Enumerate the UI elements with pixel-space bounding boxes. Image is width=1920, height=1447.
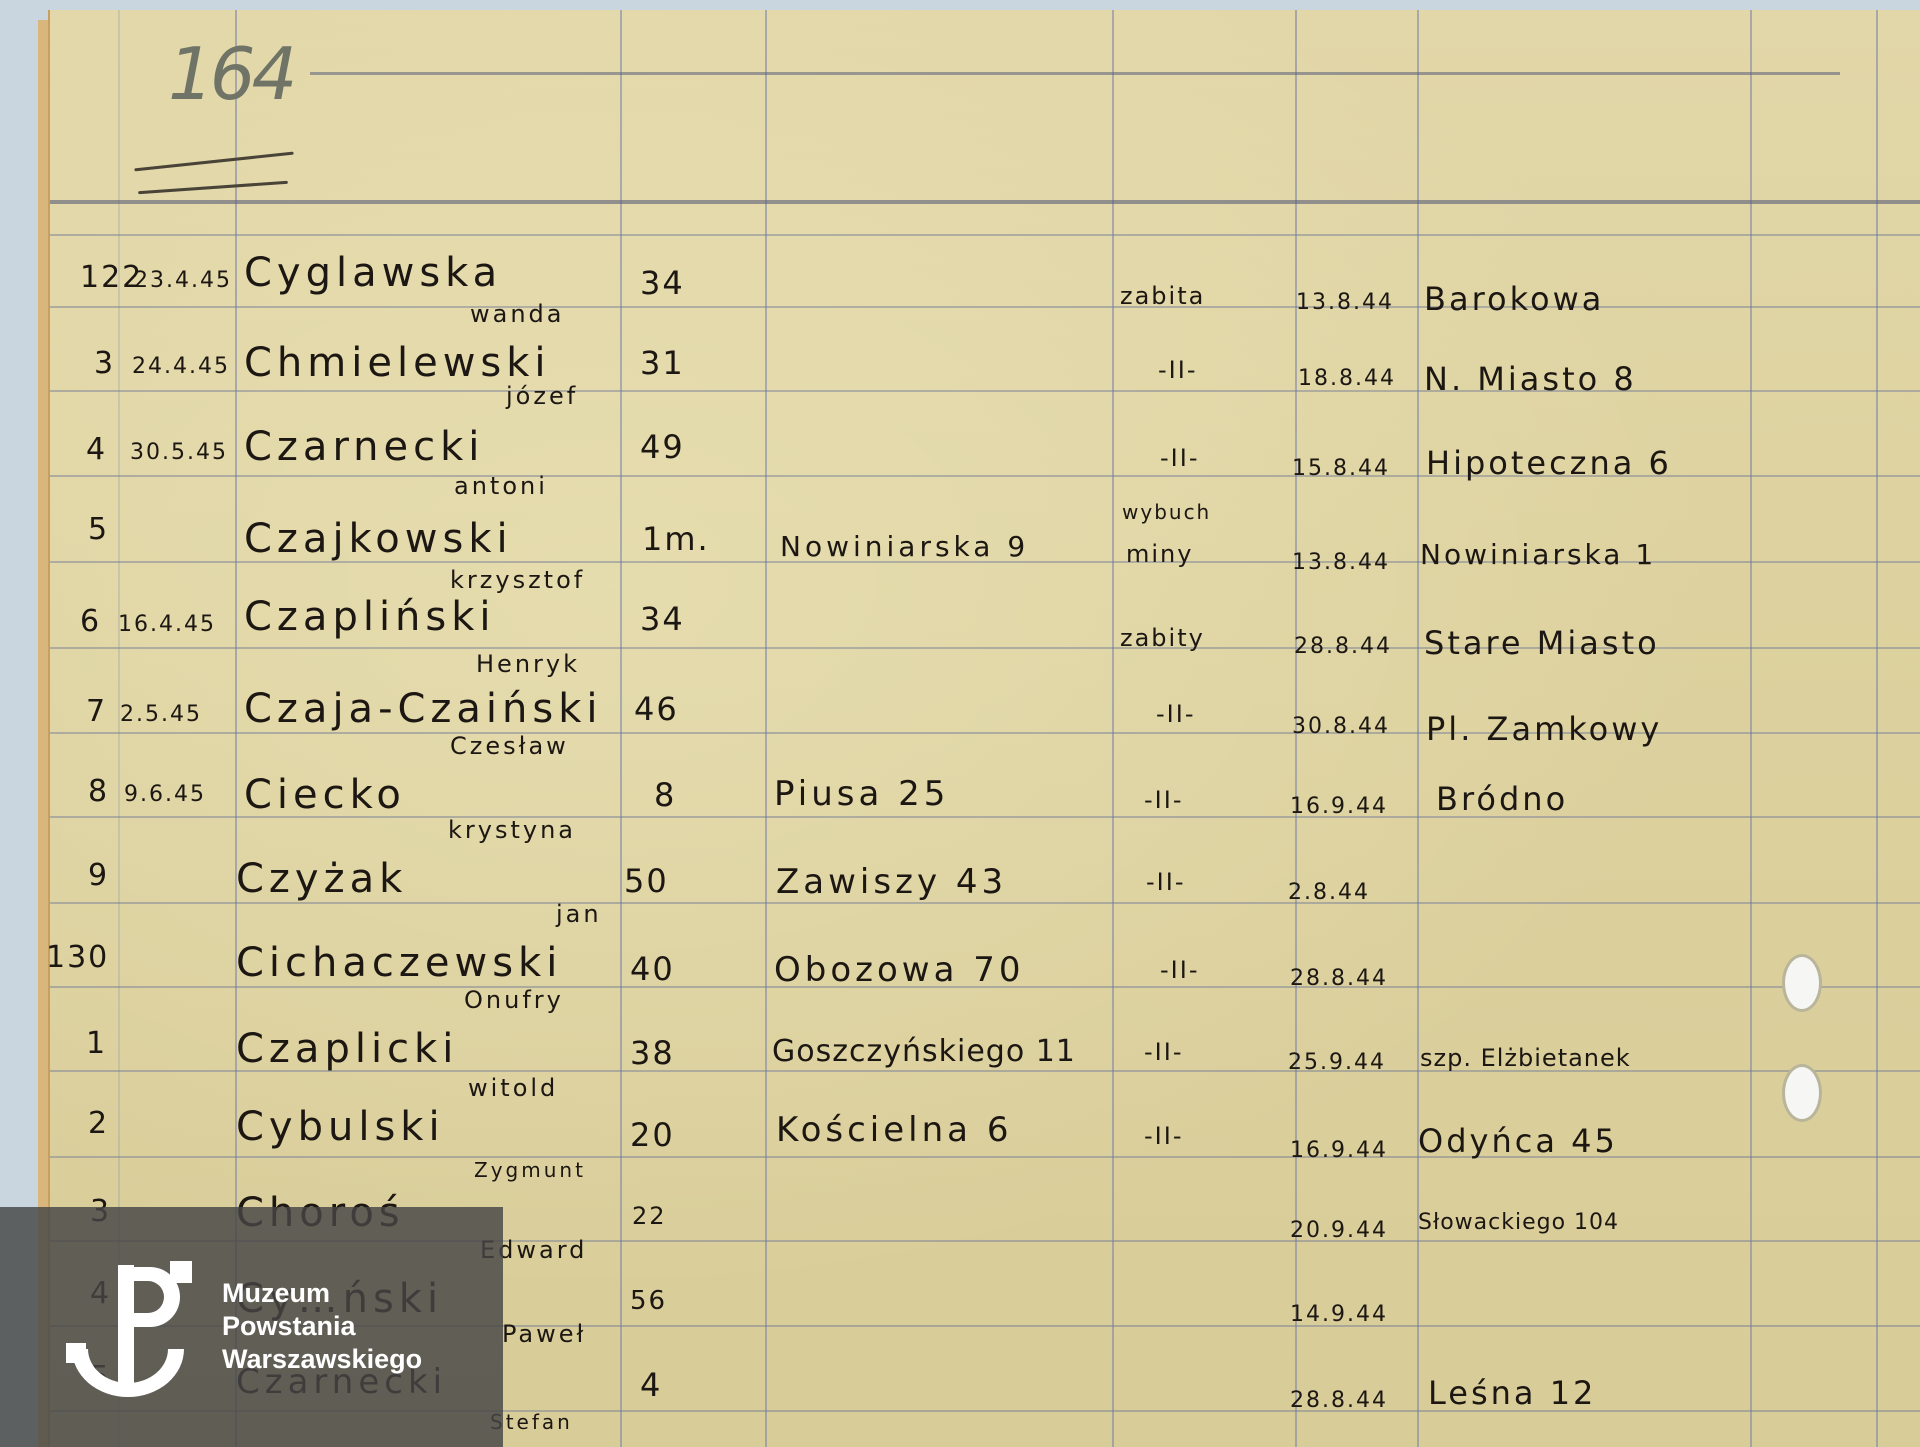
death-place: Barokowa bbox=[1424, 280, 1604, 318]
death-date: 2.8.44 bbox=[1288, 880, 1370, 905]
cause-of-death: -II- bbox=[1146, 868, 1185, 896]
death-date: 30.8.44 bbox=[1292, 714, 1390, 739]
cause-of-death: -II- bbox=[1156, 700, 1195, 728]
death-date: 16.9.44 bbox=[1290, 1138, 1388, 1163]
given-name: Czesław bbox=[450, 732, 569, 760]
page-number-underline bbox=[138, 181, 288, 194]
row-number: 9 bbox=[88, 858, 109, 893]
address: Zawiszy 43 bbox=[776, 862, 1007, 902]
death-place: N. Miasto 8 bbox=[1424, 360, 1637, 398]
age: 20 bbox=[630, 1116, 675, 1154]
death-date: 20.9.44 bbox=[1290, 1218, 1388, 1243]
age: 34 bbox=[640, 264, 685, 302]
museum-name-line2: Powstania bbox=[222, 1310, 422, 1343]
row-line bbox=[50, 1156, 1920, 1158]
entry-date: 30.5.45 bbox=[130, 440, 228, 465]
entry-date: 2.5.45 bbox=[120, 702, 202, 727]
given-name: Paweł bbox=[502, 1320, 586, 1348]
address: Kościelna 6 bbox=[776, 1110, 1012, 1150]
given-name: józef bbox=[506, 382, 578, 410]
entry-date: 23.4.45 bbox=[134, 268, 232, 293]
given-name: Onufry bbox=[464, 986, 564, 1014]
address: Goszczyńskiego 11 bbox=[772, 1034, 1076, 1069]
death-place: szp. Elżbietanek bbox=[1420, 1044, 1631, 1072]
death-date: 15.8.44 bbox=[1292, 456, 1390, 481]
surname: Czajkowski bbox=[244, 516, 513, 562]
age: 31 bbox=[640, 344, 685, 382]
address: Obozowa 70 bbox=[774, 950, 1025, 990]
row-number: 1 bbox=[86, 1026, 107, 1061]
age: 46 bbox=[634, 690, 679, 728]
entry-date: 24.4.45 bbox=[132, 354, 230, 379]
death-date: 14.9.44 bbox=[1290, 1302, 1388, 1327]
row-number: 2 bbox=[88, 1106, 109, 1141]
page-number-underline bbox=[134, 152, 293, 172]
cause-of-death: -II- bbox=[1144, 786, 1183, 814]
row-line bbox=[50, 306, 1920, 308]
age: 34 bbox=[640, 600, 685, 638]
museum-name-line1: Muzeum bbox=[222, 1277, 422, 1310]
cause-of-death: -II- bbox=[1144, 1122, 1183, 1150]
row-number: 130 bbox=[46, 940, 109, 975]
museum-name-line3: Warszawskiego bbox=[222, 1343, 422, 1376]
given-name: Henryk bbox=[476, 650, 580, 678]
age: 56 bbox=[630, 1286, 667, 1316]
museum-watermark: Muzeum Powstania Warszawskiego bbox=[0, 1207, 503, 1447]
given-name: wanda bbox=[470, 300, 565, 328]
surname: Cichaczewski bbox=[236, 940, 562, 986]
grid-col-line bbox=[765, 10, 767, 1447]
given-name: krystyna bbox=[448, 816, 576, 844]
death-date: 28.8.44 bbox=[1294, 634, 1392, 659]
grid-col-line bbox=[1112, 10, 1114, 1447]
death-date: 28.8.44 bbox=[1290, 966, 1388, 991]
cause-of-death: -II- bbox=[1160, 444, 1199, 472]
surname: Czaja-Czaiński bbox=[244, 686, 603, 732]
cause-of-death: zabita bbox=[1120, 282, 1205, 310]
age: 22 bbox=[632, 1202, 667, 1230]
given-name: Zygmunt bbox=[474, 1158, 586, 1182]
surname: Cybulski bbox=[236, 1104, 445, 1150]
cause-of-death: -II- bbox=[1160, 956, 1199, 984]
punch-hole bbox=[1782, 954, 1822, 1012]
death-date: 25.9.44 bbox=[1288, 1050, 1386, 1075]
grid-col-line bbox=[1876, 10, 1878, 1447]
address: Piusa 25 bbox=[774, 774, 949, 814]
age: 1m. bbox=[642, 520, 710, 558]
death-place: Leśna 12 bbox=[1428, 1374, 1596, 1412]
surname: Chmielewski bbox=[244, 340, 551, 386]
museum-name: Muzeum Powstania Warszawskiego bbox=[222, 1277, 422, 1376]
row-line bbox=[50, 390, 1920, 392]
age: 8 bbox=[654, 776, 676, 814]
death-place: Bródno bbox=[1436, 780, 1568, 818]
row-number: 4 bbox=[86, 432, 107, 467]
entry-date: 9.6.45 bbox=[124, 782, 206, 807]
row-line bbox=[50, 902, 1920, 904]
given-name: krzysztof bbox=[450, 566, 585, 594]
row-number: 3 bbox=[94, 346, 115, 381]
row-number: 6 bbox=[80, 604, 101, 639]
row-number: 8 bbox=[88, 774, 109, 809]
page-number: 164 bbox=[168, 32, 293, 116]
given-name: jan bbox=[556, 900, 602, 928]
death-place: Nowiniarska 1 bbox=[1420, 538, 1656, 571]
surname: Czyżak bbox=[236, 856, 407, 902]
entry-date: 16.4.45 bbox=[118, 612, 216, 637]
surname: Ciecko bbox=[244, 772, 406, 818]
age: 4 bbox=[640, 1366, 662, 1404]
header-bottom-line bbox=[50, 200, 1920, 204]
death-date: 28.8.44 bbox=[1290, 1388, 1388, 1413]
cause-of-death-line2: miny bbox=[1126, 540, 1193, 568]
grid-col-line bbox=[1750, 10, 1752, 1447]
cause-of-death-line1: wybuch bbox=[1122, 500, 1211, 524]
surname: Czarnecki bbox=[244, 424, 484, 470]
row-number: 5 bbox=[88, 512, 109, 547]
address: Nowiniarska 9 bbox=[780, 530, 1029, 563]
death-place: Stare Miasto bbox=[1424, 624, 1660, 662]
punch-hole bbox=[1782, 1064, 1822, 1122]
death-date: 16.9.44 bbox=[1290, 794, 1388, 819]
age: 49 bbox=[640, 428, 685, 466]
header-line bbox=[310, 72, 1840, 75]
cause-of-death: -II- bbox=[1158, 356, 1197, 384]
age: 40 bbox=[630, 950, 675, 988]
age: 50 bbox=[624, 862, 669, 900]
surname: Czapliński bbox=[244, 594, 496, 640]
grid-col-line bbox=[620, 10, 622, 1447]
given-name: witold bbox=[468, 1074, 558, 1102]
row-line bbox=[50, 234, 1920, 236]
death-date: 18.8.44 bbox=[1298, 366, 1396, 391]
given-name: antoni bbox=[454, 472, 548, 500]
death-place: Hipoteczna 6 bbox=[1426, 444, 1672, 482]
death-place: Pl. Zamkowy bbox=[1426, 710, 1662, 748]
surname: Cyglawska bbox=[244, 250, 502, 296]
death-date: 13.8.44 bbox=[1296, 290, 1394, 315]
death-place: Odyńca 45 bbox=[1418, 1122, 1618, 1160]
death-place: Słowackiego 104 bbox=[1418, 1210, 1619, 1235]
surname: Czaplicki bbox=[236, 1026, 458, 1072]
cause-of-death: -II- bbox=[1144, 1038, 1183, 1066]
age: 38 bbox=[630, 1034, 675, 1072]
death-date: 13.8.44 bbox=[1292, 550, 1390, 575]
cause-of-death: zabity bbox=[1120, 624, 1205, 652]
kotwica-anchor-icon bbox=[62, 1257, 202, 1407]
row-number: 7 bbox=[86, 694, 107, 729]
